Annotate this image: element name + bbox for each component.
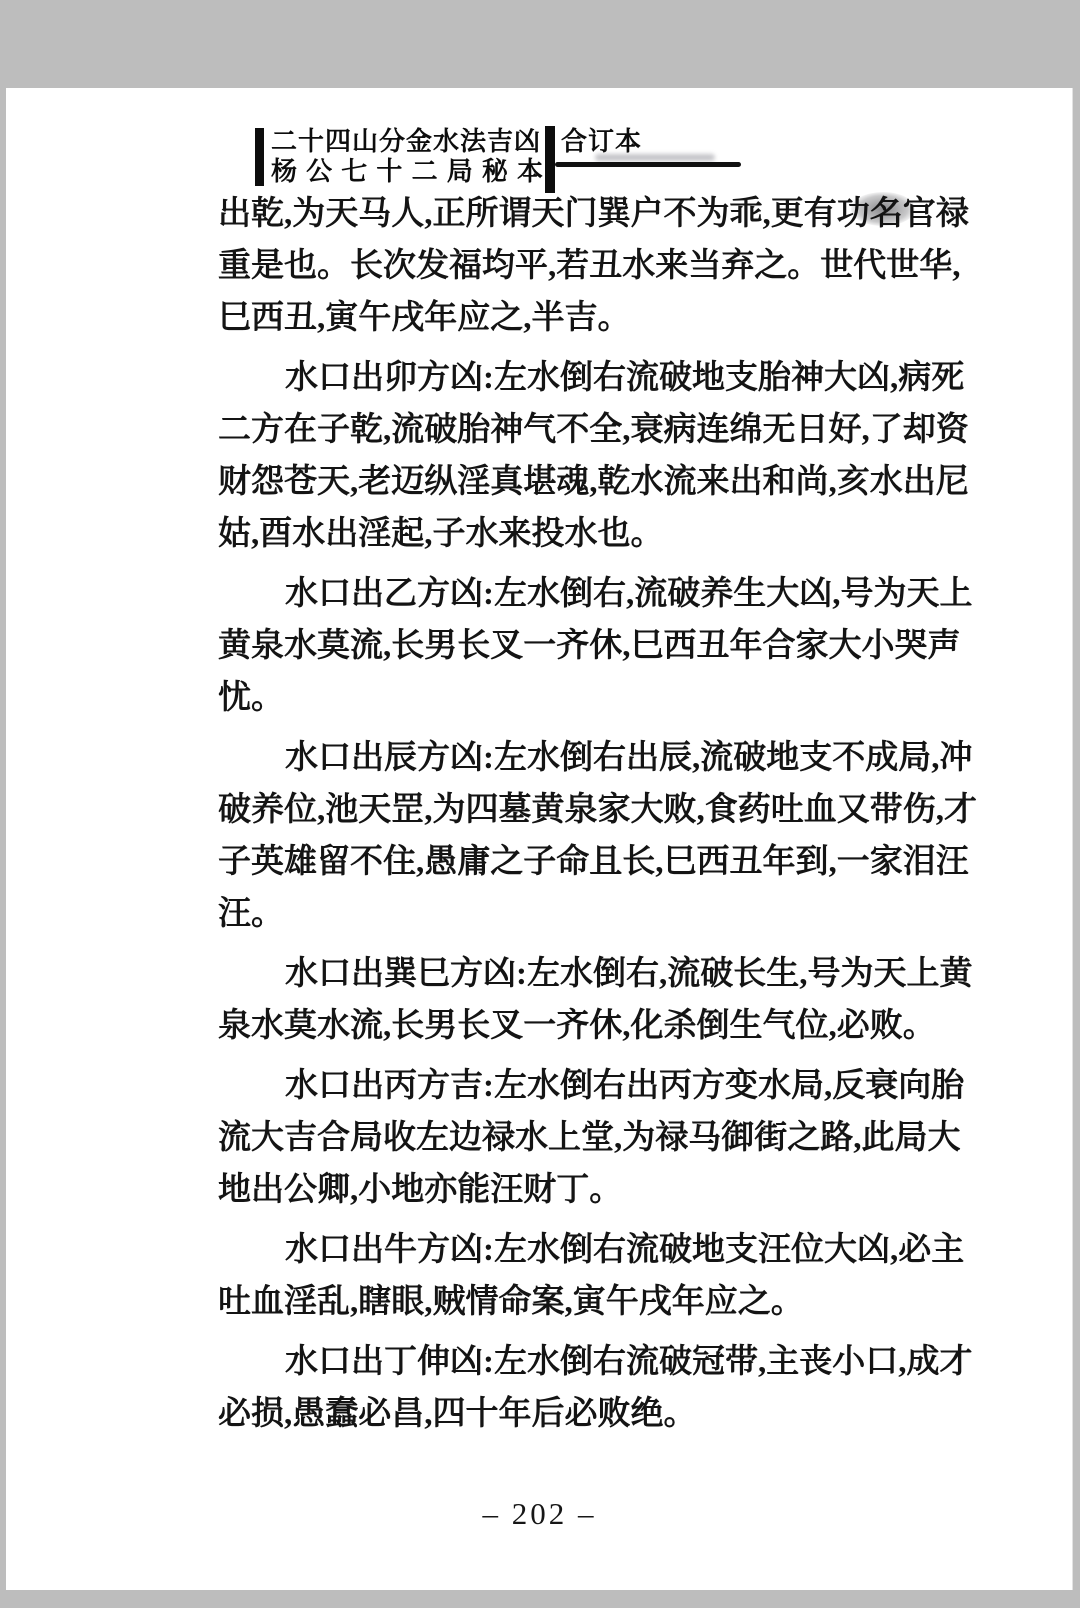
scan-smear	[595, 154, 715, 161]
text-line: 吐血淫乱,瞎眼,贼情命案,寅午戌年应之。	[218, 1276, 908, 1328]
header-title-block: 二十四山分金水法吉凶 杨公七十二局秘本	[271, 126, 545, 186]
text-line: 流大吉合局收左边禄水上堂,为禄马御街之路,此局大	[218, 1112, 908, 1164]
text-line: 忧。	[218, 672, 908, 724]
volume-label: 合订本	[561, 126, 642, 156]
text-line: 必损,愚蠢必昌,四十年后必败绝。	[218, 1388, 908, 1440]
page-number: – 202 –	[6, 1496, 1073, 1532]
text-line: 水口出卯方凶:左水倒右流破地支胎神大凶,病死	[218, 352, 908, 404]
text-line: 水口出丁伸凶:左水倒右流破冠带,主丧小口,成才	[218, 1336, 908, 1388]
text-line: 出乾,为天马人,正所谓天门巽户不为乖,更有功名官禄	[218, 188, 908, 240]
scanned-book-page: { "page": { "background_color": "#bdbdbd…	[0, 0, 1080, 1608]
body-text: 出乾,为天马人,正所谓天门巽户不为乖,更有功名官禄 重是也。长次发福均平,若丑水…	[218, 188, 908, 1440]
paper-page: 二十四山分金水法吉凶 杨公七十二局秘本 合订本 出乾,为天马人,正所谓天门巽户不…	[6, 88, 1073, 1590]
text-line: 水口出辰方凶:左水倒右出辰,流破地支不成局,冲	[218, 732, 908, 784]
text-line: 水口出巽巳方凶:左水倒右,流破长生,号为天上黄	[218, 948, 908, 1000]
text-line: 水口出牛方凶:左水倒右流破地支汪位大凶,必主	[218, 1224, 908, 1276]
text-line: 地出公卿,小地亦能汪财丁。	[218, 1164, 908, 1216]
header-rule	[555, 162, 741, 167]
text-line: 泉水莫水流,长男长叉一齐休,化杀倒生气位,必败。	[218, 1000, 908, 1052]
text-line: 巳西丑,寅午戌年应之,半吉。	[218, 292, 908, 344]
text-line: 汪。	[218, 888, 908, 940]
text-line: 姑,酉水出淫起,子水来投水也。	[218, 508, 908, 560]
text-line: 水口出丙方吉:左水倒右出丙方变水局,反衰向胎	[218, 1060, 908, 1112]
text-line: 二方在子乾,流破胎神气不全,衰病连绵无日好,了却资	[218, 404, 908, 456]
book-title-line1: 二十四山分金水法吉凶	[271, 126, 545, 156]
text-line: 子英雄留不住,愚庸之子命且长,巳西丑年到,一家泪汪	[218, 836, 908, 888]
text-line: 黄泉水莫流,长男长叉一齐休,巳西丑年合家大小哭声	[218, 620, 908, 672]
text-line: 财怨苍天,老迈纵淫真堪魂,乾水流来出和尚,亥水出尼	[218, 456, 908, 508]
header-divider-bar	[545, 126, 555, 193]
text-line: 重是也。长次发福均平,若丑水来当弃之。世代世华,	[218, 240, 908, 292]
header-left-bar	[255, 128, 264, 186]
text-line: 水口出乙方凶:左水倒右,流破养生大凶,号为天上	[218, 568, 908, 620]
text-line: 破养位,池天罡,为四墓黄泉家大败,食药吐血又带伤,才	[218, 784, 908, 836]
book-title-line2: 杨公七十二局秘本	[271, 156, 543, 186]
